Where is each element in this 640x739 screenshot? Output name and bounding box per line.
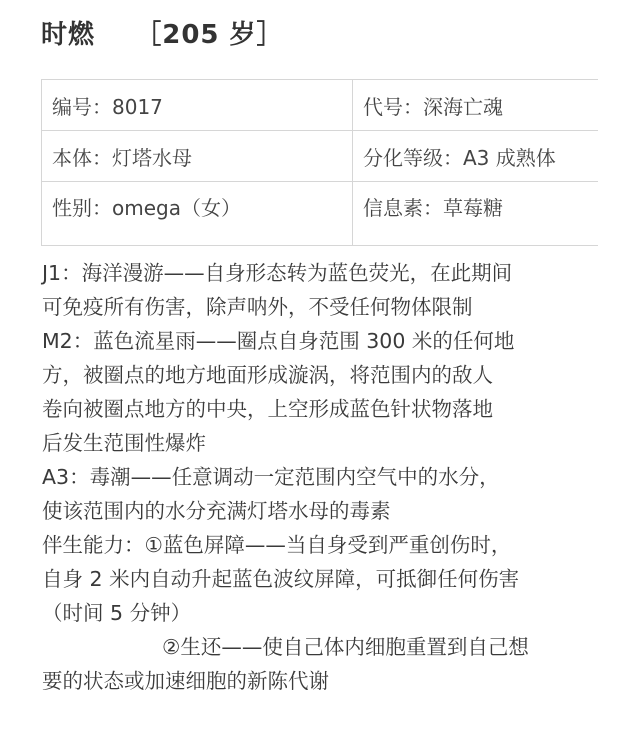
character-age: ［205 岁］ bbox=[135, 20, 283, 50]
id-cell: 编号：8017 bbox=[42, 80, 353, 131]
abilities-text: J1：海洋漫游——自身形态转为蓝色荧光，在此期间 可免疫所有伤害，除声呐外，不受… bbox=[42, 256, 612, 698]
ability-line: 方，被圈点的地方地面形成漩涡，将范围内的敌人 bbox=[42, 358, 612, 392]
ability-line: 使该范围内的水分充满灯塔水母的毒素 bbox=[42, 494, 612, 528]
rank-cell: 分化等级：A3 成熟体 bbox=[353, 131, 599, 182]
ability-line: 自身 2 米内自动升起蓝色波纹屏障，可抵御任何伤害 bbox=[42, 562, 612, 596]
ability-line: 伴生能力：①蓝色屏障——当自身受到严重创伤时， bbox=[42, 528, 612, 562]
ability-line: A3：毒潮——任意调动一定范围内空气中的水分， bbox=[42, 460, 612, 494]
ability-line: 卷向被圈点地方的中央，上空形成蓝色针状物落地 bbox=[42, 392, 612, 426]
ability-line: （时间 5 分钟） bbox=[42, 596, 612, 630]
table-row: 性别：omega（女） 信息素：草莓糖 bbox=[42, 182, 599, 246]
ability-line: M2：蓝色流星雨——圈点自身范围 300 米的任何地 bbox=[42, 324, 612, 358]
ability-line: ②生还——使自己体内细胞重置到自己想 bbox=[42, 630, 612, 664]
pheromone-cell: 信息素：草莓糖 bbox=[353, 182, 599, 246]
species-cell: 本体：灯塔水母 bbox=[42, 131, 353, 182]
info-table: 编号：8017 代号：深海亡魂 本体：灯塔水母 分化等级：A3 成熟体 性别：o… bbox=[41, 79, 598, 246]
ability-line: 可免疫所有伤害，除声呐外，不受任何物体限制 bbox=[42, 290, 612, 324]
table-row: 本体：灯塔水母 分化等级：A3 成熟体 bbox=[42, 131, 599, 182]
character-name: 时燃 bbox=[41, 20, 95, 50]
character-title: 时燃 ［205 岁］ bbox=[41, 14, 284, 51]
ability-line: 后发生范围性爆炸 bbox=[42, 426, 612, 460]
ability-line: 要的状态或加速细胞的新陈代谢 bbox=[42, 664, 612, 698]
ability-line: J1：海洋漫游——自身形态转为蓝色荧光，在此期间 bbox=[42, 256, 612, 290]
gender-cell: 性别：omega（女） bbox=[42, 182, 353, 246]
table-row: 编号：8017 代号：深海亡魂 bbox=[42, 80, 599, 131]
codename-cell: 代号：深海亡魂 bbox=[353, 80, 599, 131]
